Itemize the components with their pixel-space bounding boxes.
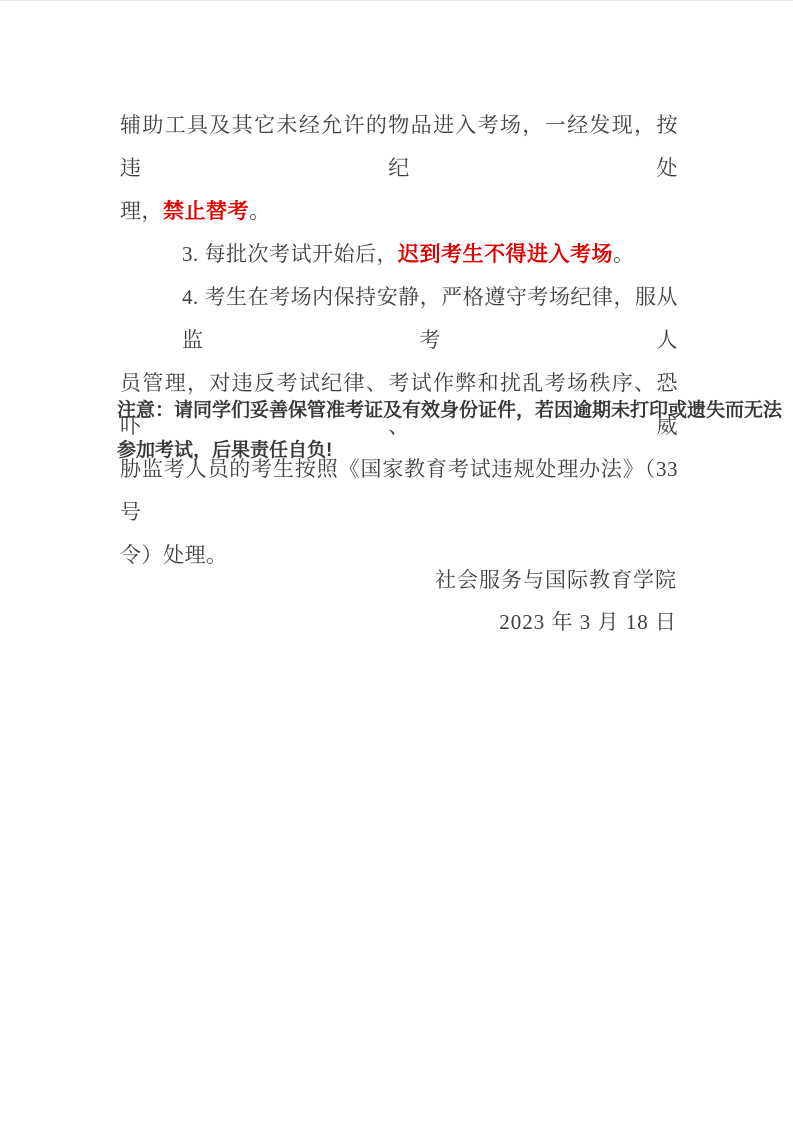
issue-date: 2023 年 3 月 18 日 [435, 601, 677, 643]
rule4-line1: 4. 考生在考场内保持安静，严格遵守考场纪律，服从监考人 [120, 276, 678, 362]
notice-line1: 注意：请同学们妥善保管准考证及有效身份证件，若因逾期未打印或遗失而无法 [117, 391, 679, 431]
rule2-tail-line2-text: 理， [120, 199, 163, 223]
paragraph-line: 理，禁止替考。 [120, 190, 678, 233]
document-body: 辅助工具及其它未经允许的物品进入考场，一经发现，按违纪处 理，禁止替考。 3. … [120, 104, 678, 577]
rule3-text: 3. 每批次考试开始后， [182, 242, 398, 266]
rule2-tail-line2-period: 。 [249, 199, 271, 223]
rule2-tail-line1: 辅助工具及其它未经允许的物品进入考场，一经发现，按违纪处 [120, 113, 678, 180]
notice-line2: 参加考试，后果责任自负! [117, 431, 679, 471]
rule4-line4-text: 令）处理。 [120, 543, 228, 567]
issuing-department: 社会服务与国际教育学院 [435, 559, 677, 601]
rule4-line1-text: 4. 考生在考场内保持安静，严格遵守考场纪律，服从监考人 [182, 285, 678, 352]
paragraph-line: 辅助工具及其它未经允许的物品进入考场，一经发现，按违纪处 [120, 104, 678, 190]
no-substitute-exam-emphasis: 禁止替考 [163, 199, 249, 223]
late-arrival-emphasis: 迟到考生不得进入考场 [398, 242, 613, 266]
signature-block: 社会服务与国际教育学院 2023 年 3 月 18 日 [435, 559, 677, 643]
important-notice: 注意：请同学们妥善保管准考证及有效身份证件，若因逾期未打印或遗失而无法 参加考试… [117, 391, 679, 471]
rule3-period: 。 [613, 242, 635, 266]
document-page: 辅助工具及其它未经允许的物品进入考场，一经发现，按违纪处 理，禁止替考。 3. … [0, 0, 793, 1123]
rule3-line: 3. 每批次考试开始后，迟到考生不得进入考场。 [120, 233, 678, 276]
